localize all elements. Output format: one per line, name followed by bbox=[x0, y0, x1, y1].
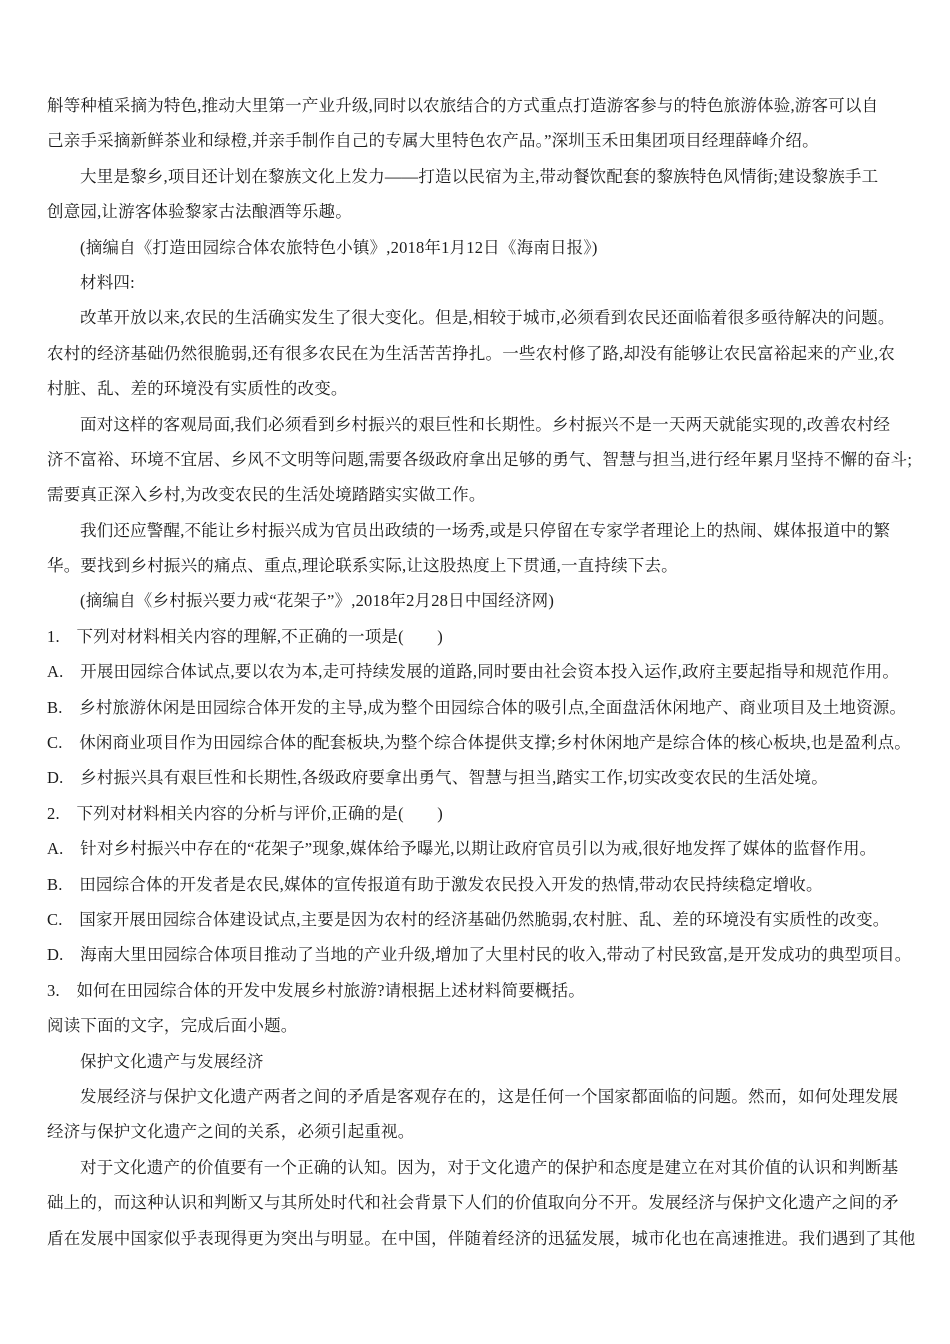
text-line: 改革开放以来,农民的生活确实发生了很大变化。但是,相较于城市,必须看到农民还面临… bbox=[47, 300, 912, 335]
text-line: D. 海南大里田园综合体项目推动了当地的产业升级,增加了大里村民的收入,带动了村… bbox=[47, 937, 912, 972]
text-line: 3. 如何在田园综合体的开发中发展乡村旅游?请根据上述材料简要概括。 bbox=[47, 973, 912, 1008]
text-line: (摘编自《乡村振兴要力戒“花架子”》,2018年2月28日中国经济网) bbox=[47, 583, 912, 618]
exam-document-page: 斛等种植采摘为特色,推动大里第一产业升级,同时以农旅结合的方式重点打造游客参与的… bbox=[0, 0, 950, 1344]
text-line: 发展经济与保护文化遗产两者之间的矛盾是客观存在的，这是任何一个国家都面临的问题。… bbox=[47, 1079, 912, 1114]
text-line: 对于文化遗产的价值要有一个正确的认知。因为，对于文化遗产的保护和态度是建立在对其… bbox=[47, 1150, 912, 1185]
text-line: 我们还应警醒,不能让乡村振兴成为官员出政绩的一场秀,或是只停留在专家学者理论上的… bbox=[47, 513, 912, 548]
text-line: 农村的经济基础仍然很脆弱,还有很多农民在为生活苦苦挣扎。一些农村修了路,却没有能… bbox=[47, 336, 912, 371]
text-line: 华。要找到乡村振兴的痛点、重点,理论联系实际,让这股热度上下贯通,一直持续下去。 bbox=[47, 548, 912, 583]
text-line: 经济与保护文化遗产之间的关系，必须引起重视。 bbox=[47, 1114, 912, 1149]
text-line: A. 针对乡村振兴中存在的“花架子”现象,媒体给予曝光,以期让政府官员引以为戒,… bbox=[47, 831, 912, 866]
text-line: 2. 下列对材料相关内容的分析与评价,正确的是( ) bbox=[47, 796, 912, 831]
document-text-block: 斛等种植采摘为特色,推动大里第一产业升级,同时以农旅结合的方式重点打造游客参与的… bbox=[47, 88, 912, 1256]
text-line: 创意园,让游客体验黎家古法酿酒等乐趣。 bbox=[47, 194, 912, 229]
text-line: 大里是黎乡,项目还计划在黎族文化上发力——打造以民宿为主,带动餐饮配套的黎族特色… bbox=[47, 159, 912, 194]
text-line: 斛等种植采摘为特色,推动大里第一产业升级,同时以农旅结合的方式重点打造游客参与的… bbox=[47, 88, 912, 123]
text-line: B. 田园综合体的开发者是农民,媒体的宣传报道有助于激发农民投入开发的热情,带动… bbox=[47, 867, 912, 902]
text-line: 保护文化遗产与发展经济 bbox=[47, 1044, 912, 1079]
text-line: 面对这样的客观局面,我们必须看到乡村振兴的艰巨性和长期性。乡村振兴不是一天两天就… bbox=[47, 407, 912, 442]
text-line: 村脏、乱、差的环境没有实质性的改变。 bbox=[47, 371, 912, 406]
text-line: C. 休闲商业项目作为田园综合体的配套板块,为整个综合体提供支撑;乡村休闲地产是… bbox=[47, 725, 912, 760]
text-line: B. 乡村旅游休闲是田园综合体开发的主导,成为整个田园综合体的吸引点,全面盘活休… bbox=[47, 690, 912, 725]
text-line: (摘编自《打造田园综合体农旅特色小镇》,2018年1月12日《海南日报》) bbox=[47, 230, 912, 265]
text-line: 1. 下列对材料相关内容的理解,不正确的一项是( ) bbox=[47, 619, 912, 654]
text-line: 己亲手采摘新鲜茶业和绿橙,并亲手制作自己的专属大里特色农产品。”深圳玉禾田集团项… bbox=[47, 123, 912, 158]
text-line: C. 国家开展田园综合体建设试点,主要是因为农村的经济基础仍然脆弱,农村脏、乱、… bbox=[47, 902, 912, 937]
text-line: A. 开展田园综合体试点,要以农为本,走可持续发展的道路,同时要由社会资本投入运… bbox=[47, 654, 912, 689]
text-line: 材料四: bbox=[47, 265, 912, 300]
text-line: 阅读下面的文字，完成后面小题。 bbox=[47, 1008, 912, 1043]
text-line: 盾在发展中国家似乎表现得更为突出与明显。在中国，伴随着经济的迅猛发展，城市化也在… bbox=[47, 1221, 912, 1256]
text-line: D. 乡村振兴具有艰巨性和长期性,各级政府要拿出勇气、智慧与担当,踏实工作,切实… bbox=[47, 760, 912, 795]
text-line: 需要真正深入乡村,为改变农民的生活处境踏踏实实做工作。 bbox=[47, 477, 912, 512]
text-line: 础上的，而这种认识和判断又与其所处时代和社会背景下人们的价值取向分不开。发展经济… bbox=[47, 1185, 912, 1220]
text-line: 济不富裕、环境不宜居、乡风不文明等问题,需要各级政府拿出足够的勇气、智慧与担当,… bbox=[47, 442, 912, 477]
